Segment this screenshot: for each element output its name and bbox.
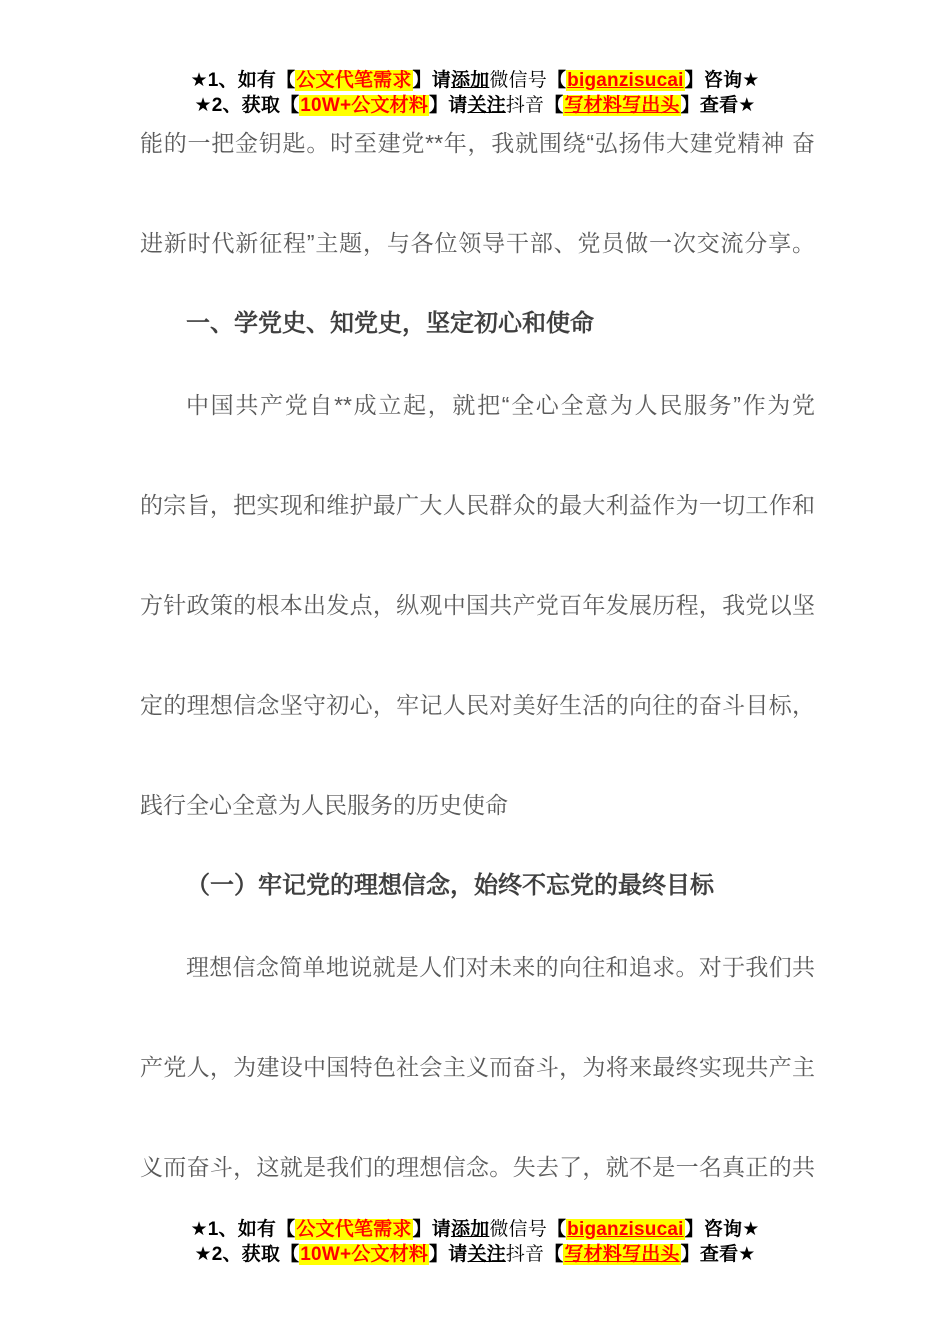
document-page: { "banner": { "colors": { "highlight_bg"… [0, 0, 950, 1344]
highlighted-service-text: 公文代笔需求 [295, 1219, 412, 1240]
paragraph2-line: 定的理想信念坚守初心，牢记人民对美好生活的向往的奋斗目标， [140, 655, 815, 755]
highlighted-material-text: 10W+公文材料 [299, 1244, 429, 1265]
paragraph2-line: 践行全心全意为人民服务的历史使命 [140, 755, 815, 855]
banner-text: ★2、获取【 [194, 1244, 299, 1265]
banner-text: 】咨询★ [685, 1219, 760, 1240]
document-body: 能的一把金钥匙。时至建党**年，我就围绕“弘扬伟大建党精神 奋 进新时代新征程”… [140, 93, 815, 1217]
banner-text: 】请 [429, 1244, 467, 1265]
banner-text: 】请 [413, 70, 451, 91]
banner-line-1: ★1、如有【公文代笔需求】请添加微信号【biganzisucai】咨询★ [0, 68, 950, 93]
paragraph2-line: 的宗旨，把实现和维护最广大人民群众的最大利益作为一切工作和 [140, 455, 815, 555]
banner-text: 微信号 [489, 1219, 547, 1240]
underlined-action-text: 添加 [451, 1219, 489, 1240]
banner-text: 抖音 [506, 1244, 544, 1265]
banner-text: 】咨询★ [685, 70, 760, 91]
highlighted-service-text: 公文代笔需求 [295, 70, 412, 91]
banner-text: 】请 [413, 1219, 451, 1240]
banner-text: 【 [544, 1244, 563, 1265]
banner-text: ★1、如有【 [191, 70, 296, 91]
banner-text: 】查看★ [681, 1244, 756, 1265]
paragraph3-line: 义而奋斗，这就是我们的理想信念。失去了，就不是一名真正的共 [140, 1117, 815, 1217]
paragraph1-line: 能的一把金钥匙。时至建党**年，我就围绕“弘扬伟大建党精神 奋 [140, 93, 815, 193]
wechat-id-text: biganzisucai [566, 1219, 684, 1240]
banner-text: ★1、如有【 [191, 1219, 296, 1240]
wechat-id-text: biganzisucai [566, 70, 684, 91]
paragraph3-line: 产党人，为建设中国特色社会主义而奋斗，为将来最终实现共产主 [140, 1017, 815, 1117]
banner-text: 微信号 [489, 70, 547, 91]
banner-line-1: ★1、如有【公文代笔需求】请添加微信号【biganzisucai】咨询★ [0, 1217, 950, 1242]
section-heading-1: 一、学党史、知党史，坚定初心和使命 [140, 293, 815, 355]
banner-text: 【 [547, 70, 566, 91]
promo-banner-footer: ★1、如有【公文代笔需求】请添加微信号【biganzisucai】咨询★ ★2、… [0, 1217, 950, 1267]
banner-line-2: ★2、获取【10W+公文材料】请关注抖音【写材料写出头】查看★ [0, 1242, 950, 1267]
section-heading-2: （一）牢记党的理想信念，始终不忘党的最终目标 [140, 855, 815, 917]
paragraph2-line: 方针政策的根本出发点，纵观中国共产党百年发展历程，我党以坚 [140, 555, 815, 655]
paragraph1-line: 进新时代新征程”主题，与各位领导干部、党员做一次交流分享。 [140, 193, 815, 293]
douyin-id-text: 写材料写出头 [563, 1244, 680, 1265]
paragraph3-line: 理想信念简单地说就是人们对未来的向往和追求。对于我们共 [140, 917, 815, 1017]
banner-text: 【 [547, 1219, 566, 1240]
underlined-action-text: 关注 [467, 1244, 505, 1265]
paragraph2-line: 中国共产党自**成立起，就把“全心全意为人民服务”作为党 [140, 355, 815, 455]
underlined-action-text: 添加 [451, 70, 489, 91]
